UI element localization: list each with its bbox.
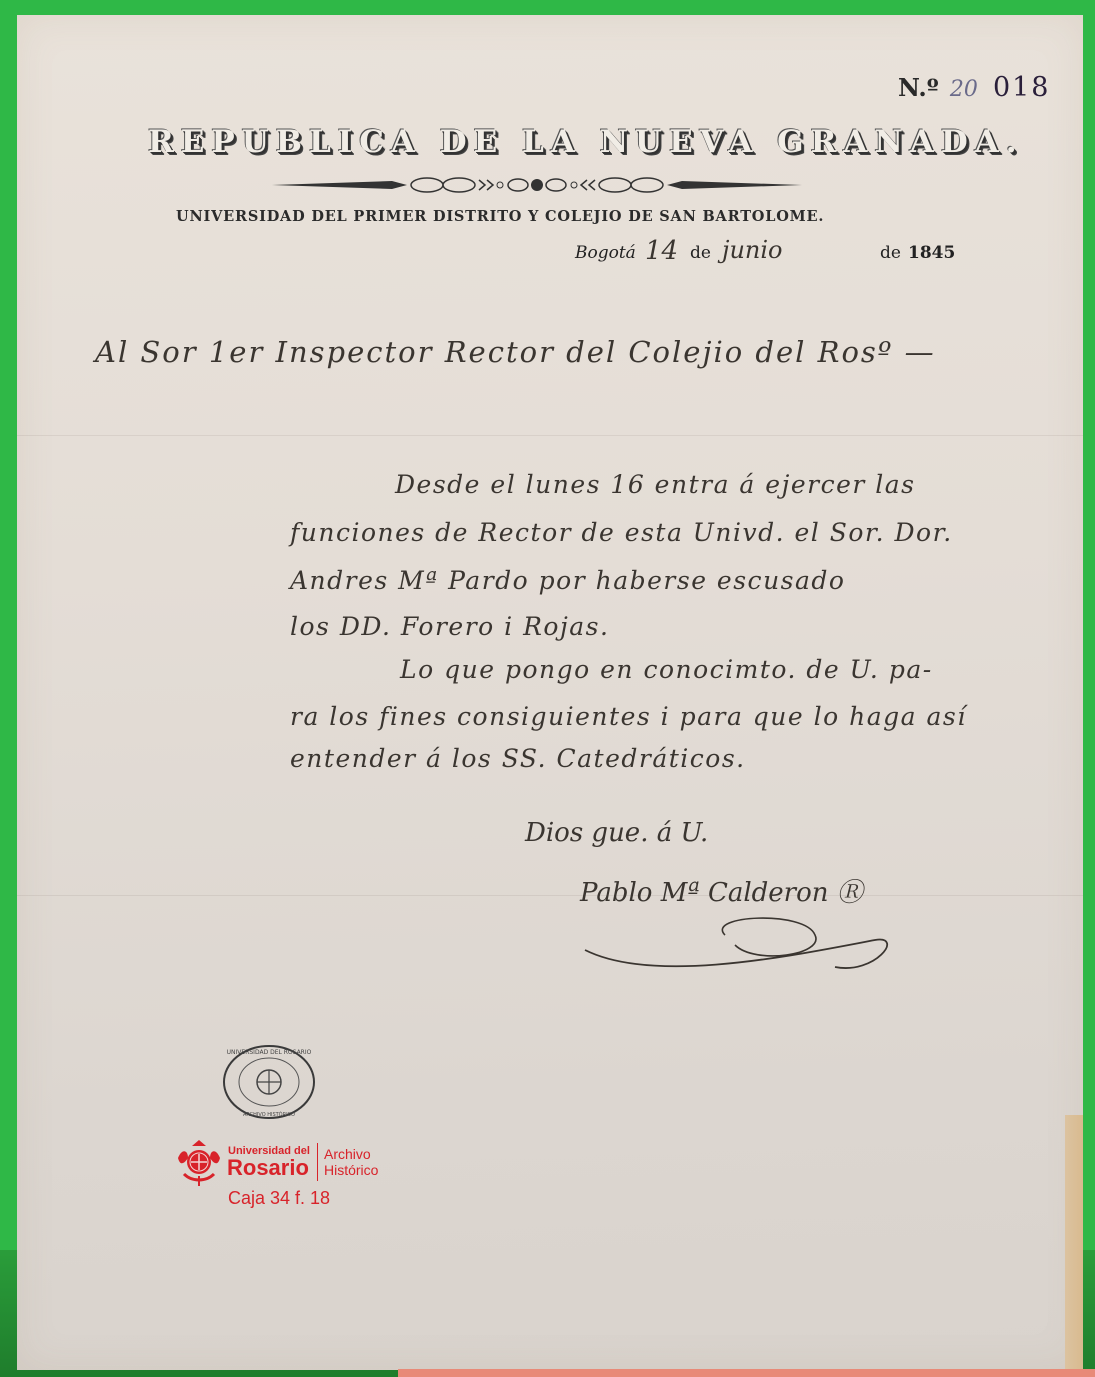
closing-line: Dios gue. á U. <box>525 818 708 848</box>
fold-line <box>17 895 1083 896</box>
date-month: junio <box>722 236 782 264</box>
archive-reference: Caja 34 f. 18 <box>228 1188 330 1209</box>
paper-edge-stain <box>1065 1115 1083 1370</box>
archive-seal-icon: UNIVERSIDAD DEL ROSARIO ARCHIVO HISTÓRIC… <box>222 1044 316 1120</box>
seal-text-bottom: ARCHIVO HISTÓRICO <box>243 1111 295 1118</box>
number-struck: 20 <box>950 77 978 102</box>
number-prefix: N.º <box>898 73 939 102</box>
body-line: Lo que pongo en conocimto. de U. pa- <box>400 655 933 684</box>
ornament-divider-icon <box>272 170 802 200</box>
logo-archivo-line1: Archivo <box>324 1146 378 1162</box>
date-de: de <box>690 243 711 263</box>
document-number: N.º 20 018 <box>898 72 1051 103</box>
logo-divider <box>317 1143 318 1181</box>
logo-archivo-label: Archivo Histórico <box>324 1146 378 1178</box>
logo-archivo-line2: Histórico <box>324 1162 378 1178</box>
background-strip <box>398 1369 1095 1377</box>
body-line: Desde el lunes 16 entra á ejercer las <box>395 470 916 499</box>
date-year: 1845 <box>908 243 955 263</box>
date-de-year: de <box>880 243 901 263</box>
seal-text: UNIVERSIDAD DEL ROSARIO <box>227 1049 312 1056</box>
date-day: 14 <box>645 236 678 266</box>
number-stamp: 018 <box>993 72 1051 103</box>
body-line: entender á los SS. Catedráticos. <box>290 744 746 773</box>
letterhead-title: REPUBLICA DE LA NUEVA GRANADA. <box>148 124 928 160</box>
letterhead-subtitle: UNIVERSIDAD DEL PRIMER DISTRITO Y COLEJI… <box>176 208 824 225</box>
rosario-emblem-icon <box>174 1138 224 1186</box>
body-line: funciones de Rector de esta Univd. el So… <box>290 518 953 547</box>
body-line: los DD. Forero i Rojas. <box>290 612 609 641</box>
body-line: Andres Mª Pardo por haberse escusado <box>290 566 845 595</box>
body-line: ra los fines consiguientes i para que lo… <box>290 702 967 731</box>
addressee-line: Al Sor 1er Inspector Rector del Colejio … <box>95 335 936 369</box>
signature-flourish-icon <box>575 895 895 985</box>
date-city: Bogotá <box>575 243 636 263</box>
fold-line <box>17 435 1083 436</box>
logo-rosario-label: Rosario <box>227 1155 309 1181</box>
